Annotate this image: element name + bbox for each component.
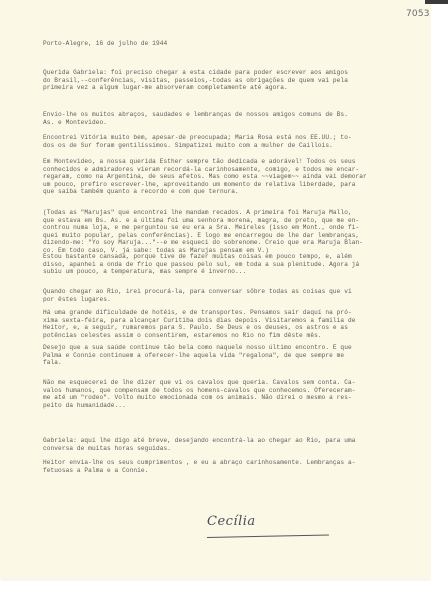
- handwritten-signature: Cecília: [207, 514, 256, 529]
- archive-number: 7053: [406, 9, 430, 19]
- paragraph: Quando chegar ao Rio, irei procurá-la, p…: [43, 288, 427, 303]
- paragraph: Há uma grande dificuldade de hotéis, e d…: [43, 309, 427, 339]
- paragraph: Encontrei Vitória muito bem, apesar-de p…: [43, 134, 427, 149]
- paragraph: Desejo que a sua saúde continue tão bela…: [43, 344, 427, 367]
- paragraph: (Todas as "Marujas" que encontrei lhe ma…: [43, 209, 427, 255]
- paragraph-closing: Heitor envia-lhe os seus cumprimentos , …: [43, 459, 427, 474]
- paragraph: Estou bastante cansada, porque tive de f…: [43, 253, 427, 276]
- scan-margin: [431, 4, 448, 600]
- paragraph: Não me esquecerei de lhe dizer que vi os…: [43, 379, 427, 409]
- paragraph: Envio-lhe os muitos abraços, saudades e …: [43, 111, 427, 126]
- date-line: Porto-Alegre, 16 de julho de 1944: [43, 40, 427, 48]
- paragraph: Gabriela: aquí lhe digo até breve, desej…: [43, 437, 427, 452]
- paragraph-greeting: Querida Gabriela: foi preciso chegar a e…: [43, 69, 427, 92]
- paragraph: Em Montevideo, a nossa querida Esther se…: [43, 158, 427, 196]
